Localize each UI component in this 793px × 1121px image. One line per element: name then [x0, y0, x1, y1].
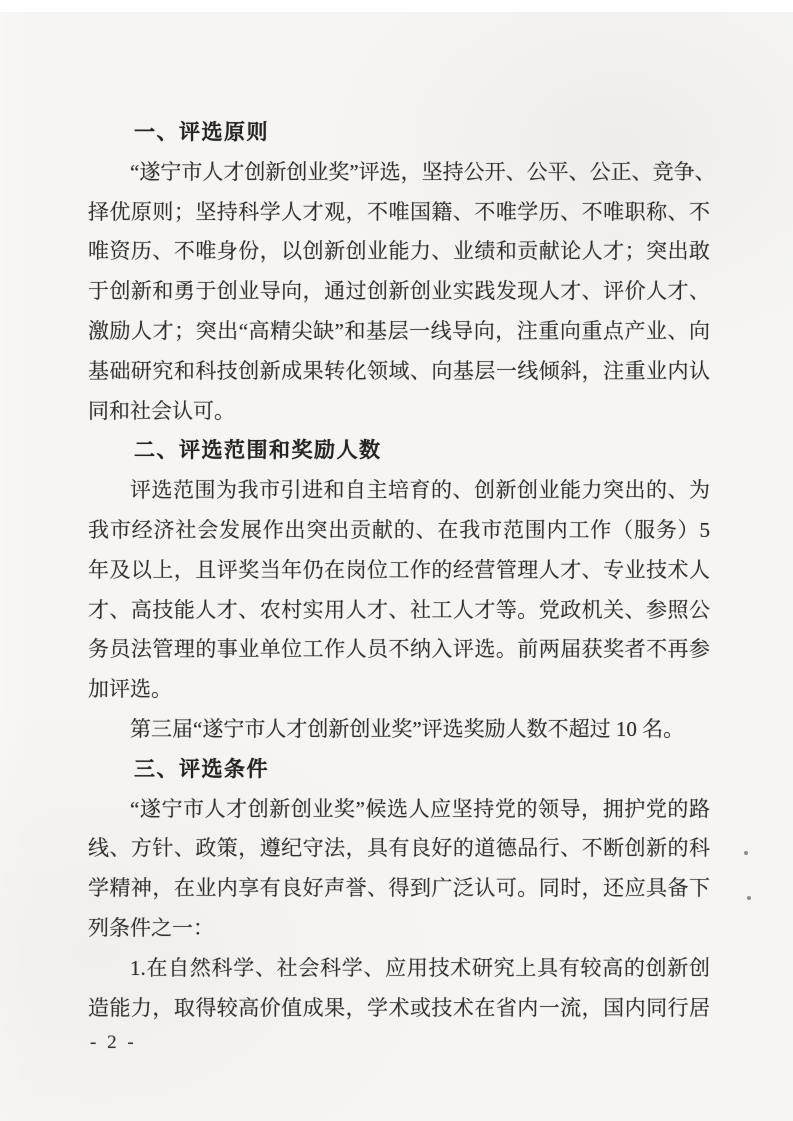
- paragraph: 第三届“遂宁市人才创新创业奖”评选奖励人数不超过 10 名。: [88, 710, 710, 750]
- document-body: 一、评选原则 “遂宁市人才创新创业奖”评选，坚持公开、公平、公正、竞争、 择优原…: [88, 113, 710, 1028]
- doc-line: 年及以上，且评奖当年仍在岗位工作的经营管理人才、专业技术人: [88, 551, 710, 591]
- doc-line: 才、高技能人才、农村实用人才、社工人才等。党政机关、参照公: [88, 591, 710, 631]
- doc-line: 学精神，在业内享有良好声誉、得到广泛认可。同时，还应具备下: [88, 869, 710, 909]
- section-selection-criteria: 三、评选条件 “遂宁市人才创新创业奖”候选人应坚持党的领导，拥护党的路 线、方针…: [88, 750, 710, 1029]
- paragraph: 1.在自然科学、社会科学、应用技术研究上具有较高的创新创 造能力，取得较高价值成…: [88, 949, 710, 1029]
- doc-line: 造能力，取得较高价值成果，学术或技术在省内一流，国内同行居: [88, 989, 710, 1029]
- scan-speck: [744, 851, 748, 855]
- doc-line: “遂宁市人才创新创业奖”候选人应坚持党的领导，拥护党的路: [88, 790, 710, 830]
- doc-line: 评选范围为我市引进和自主培育的、创新创业能力突出的、为: [88, 471, 710, 511]
- doc-line: 列条件之一：: [88, 909, 710, 949]
- doc-line: 激励人才；突出“高精尖缺”和基层一线导向，注重向重点产业、向: [88, 312, 710, 352]
- doc-line: 第三届“遂宁市人才创新创业奖”评选奖励人数不超过 10 名。: [88, 710, 710, 750]
- doc-line: 基础研究和科技创新成果转化领域、向基层一线倾斜，注重业内认: [88, 352, 710, 392]
- doc-line: 务员法管理的事业单位工作人员不纳入评选。前两届获奖者不再参: [88, 630, 710, 670]
- page-number: - 2 -: [90, 1029, 137, 1057]
- doc-line: 同和社会认可。: [88, 392, 710, 432]
- doc-line: 唯资历、不唯身份，以创新创业能力、业绩和贡献论人才；突出敢: [88, 232, 710, 272]
- paragraph: “遂宁市人才创新创业奖”候选人应坚持党的领导，拥护党的路 线、方针、政策，遵纪守…: [88, 790, 710, 949]
- doc-line: 1.在自然科学、社会科学、应用技术研究上具有较高的创新创: [88, 949, 710, 989]
- doc-line: 加评选。: [88, 670, 710, 710]
- doc-line: “遂宁市人才创新创业奖”评选，坚持公开、公平、公正、竞争、: [88, 153, 710, 193]
- doc-line: 于创新和勇于创业导向，通过创新创业实践发现人才、评价人才、: [88, 272, 710, 312]
- doc-line: 线、方针、政策，遵纪守法，具有良好的道德品行、不断创新的科: [88, 829, 710, 869]
- paragraph: “遂宁市人才创新创业奖”评选，坚持公开、公平、公正、竞争、 择优原则；坚持科学人…: [88, 153, 710, 432]
- section-selection-principles: 一、评选原则 “遂宁市人才创新创业奖”评选，坚持公开、公平、公正、竞争、 择优原…: [88, 113, 710, 431]
- doc-line: 我市经济社会发展作出突出贡献的、在我市范围内工作（服务）5: [88, 511, 710, 551]
- section-heading: 二、评选范围和奖励人数: [88, 431, 710, 471]
- section-heading: 三、评选条件: [88, 750, 710, 790]
- scanned-document-page: 一、评选原则 “遂宁市人才创新创业奖”评选，坚持公开、公平、公正、竞争、 择优原…: [0, 0, 793, 1121]
- section-heading: 一、评选原则: [88, 113, 710, 153]
- scan-speck: [747, 896, 751, 900]
- doc-line: 择优原则；坚持科学人才观，不唯国籍、不唯学历、不唯职称、不: [88, 193, 710, 233]
- section-scope-and-award-count: 二、评选范围和奖励人数 评选范围为我市引进和自主培育的、创新创业能力突出的、为 …: [88, 431, 710, 749]
- paragraph: 评选范围为我市引进和自主培育的、创新创业能力突出的、为 我市经济社会发展作出突出…: [88, 471, 710, 710]
